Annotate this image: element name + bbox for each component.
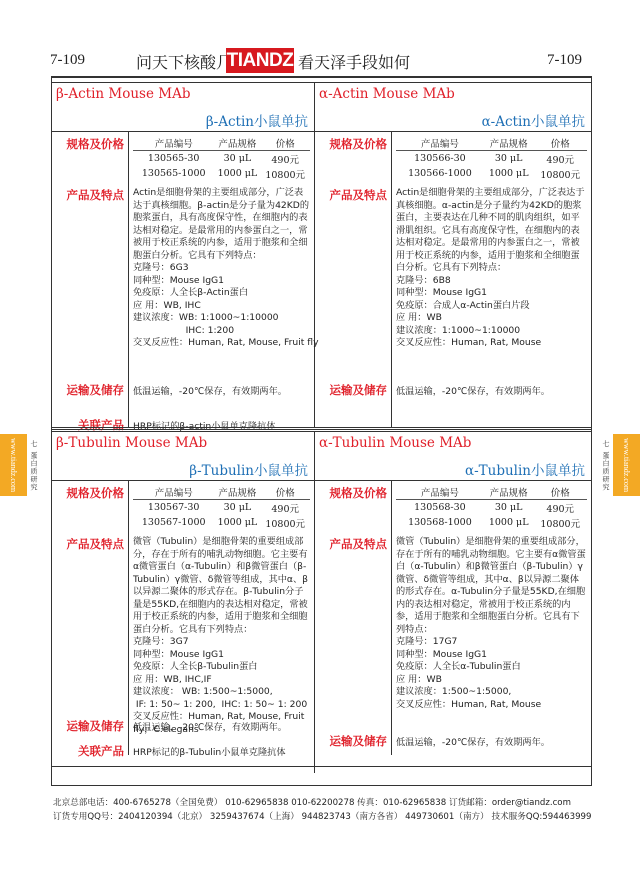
product-title-cn: β-Actin小鼠单抗: [206, 110, 308, 130]
product-size: 30 μL: [214, 502, 260, 513]
spec-table: 产品编号 产品规格 价格 130565-30 30 μL 490元 130565…: [133, 135, 310, 181]
prop-dilution: 建议浓度：1:1000~1:10000: [396, 325, 587, 338]
storage-text: 低温运输，-20℃保存，有效期两年。: [133, 719, 287, 733]
product-title-en: β-Actin Mouse MAb: [56, 86, 190, 102]
side-url-tab-right: www.tiandz.com: [613, 434, 640, 496]
footer-qq-line: 订货专用QQ号：2404120394（北京） 3259437674（上海） 94…: [53, 810, 591, 824]
col-header-price: 价格: [260, 136, 310, 150]
product-card-beta-tubulin: β-Tubulin Mouse MAb β-Tubulin小鼠单抗 规格及价格 …: [52, 431, 315, 773]
col-header-code: 产品编号: [133, 485, 214, 499]
storage-text: 低温运输，-20℃保存，有效期两年。: [133, 383, 287, 397]
label-spec: 规格及价格: [330, 485, 388, 501]
prop-reactivity: 交叉反应性：Human, Rat, Mouse: [396, 337, 587, 350]
product-title-en: β-Tubulin Mouse MAb: [56, 435, 207, 451]
prop-clone: 克隆号：6G3: [133, 262, 310, 275]
prop-application: 应 用：WB, IHC,IF: [133, 674, 310, 687]
product-title-cn: β-Tubulin小鼠单抗: [189, 459, 308, 479]
product-price: 10800元: [534, 516, 587, 530]
storage-text: 低温运输，-20℃保存，有效期两年。: [396, 734, 550, 748]
product-price: 490元: [534, 152, 587, 166]
col-header-size: 产品规格: [484, 485, 534, 499]
contact-footer: 北京总部电话：400-6765278（全国免费） 010-62965838 01…: [53, 796, 591, 824]
product-price: 490元: [534, 501, 587, 515]
content-column: 产品编号 产品规格 价格 130565-30 30 μL 490元 130565…: [133, 132, 310, 427]
spec-table-row: 130566-30 30 μL 490元: [396, 151, 587, 166]
content-column: 产品编号 产品规格 价格 130567-30 30 μL 490元 130567…: [133, 481, 310, 773]
spec-table: 产品编号 产品规格 价格 130567-30 30 μL 490元 130567…: [133, 484, 310, 530]
product-size: 1000 μL: [484, 168, 534, 179]
product-size: 1000 μL: [484, 517, 534, 528]
prop-isotype: 同种型：Mouse IgG1: [396, 287, 587, 300]
col-header-code: 产品编号: [396, 136, 484, 150]
label-storage: 运输及储存: [67, 718, 125, 734]
label-related: 关联产品: [78, 743, 124, 759]
feature-description: 微管（Tubulin）是细胞骨架的重要组成部分，存在于所有的哺乳动物细胞。它主要…: [396, 536, 587, 636]
product-features: Actin是细胞骨架的主要组成部分，广泛表达于真核细胞。α-actin是分子量约…: [396, 187, 587, 350]
label-storage: 运输及储存: [330, 733, 388, 749]
prop-isotype: 同种型：Mouse IgG1: [133, 649, 310, 662]
label-features: 产品及特点: [330, 536, 388, 552]
prop-isotype: 同种型：Mouse IgG1: [396, 649, 587, 662]
prop-dilution: 建议浓度：1:500~1:5000,: [396, 686, 587, 699]
prop-dilution: 建议浓度： WB: 1:500~1:5000,: [133, 686, 310, 699]
prop-dilution-ihc: IHC: 1:200: [133, 325, 310, 338]
prop-immunogen: 免疫原：人全长β-Tubulin蛋白: [133, 661, 310, 674]
product-size: 1000 μL: [214, 168, 260, 179]
product-code: 130566-30: [396, 153, 484, 164]
feature-description: Actin是细胞骨架的主要组成部分，广泛表达于真核细胞。α-actin是分子量约…: [396, 187, 587, 275]
col-header-price: 价格: [534, 485, 587, 499]
prop-clone: 克隆号：3G7: [133, 636, 310, 649]
label-column: 规格及价格 产品及特点 运输及储存 关联产品: [52, 481, 129, 755]
product-price: 10800元: [260, 516, 310, 530]
product-price: 10800元: [260, 167, 310, 181]
label-features: 产品及特点: [330, 187, 388, 203]
spec-table-row: 130568-30 30 μL 490元: [396, 500, 587, 515]
label-spec: 规格及价格: [67, 136, 125, 152]
product-price: 490元: [260, 501, 310, 515]
page-number-left: 7-109: [50, 52, 85, 69]
footer-phone-line: 北京总部电话：400-6765278（全国免费） 010-62965838 01…: [53, 796, 591, 810]
content-column: 产品编号 产品规格 价格 130566-30 30 μL 490元 130566…: [396, 132, 587, 427]
product-title-cn: α-Tubulin小鼠单抗: [465, 459, 585, 479]
prop-clone: 克隆号：6B8: [396, 275, 587, 288]
product-title-en: α-Actin Mouse MAb: [319, 86, 455, 102]
spec-table-row: 130565-30 30 μL 490元: [133, 151, 310, 166]
side-chapter-left: 七 蛋白质研究: [29, 440, 39, 491]
col-header-price: 价格: [260, 485, 310, 499]
side-chapter-right: 七 蛋白质研究: [601, 440, 611, 491]
product-code: 130568-1000: [396, 517, 484, 528]
product-features: Actin是细胞骨架的主要组成部分，广泛表达于真核细胞。β-actin是分子量为…: [133, 187, 310, 350]
prop-isotype: 同种型：Mouse IgG1: [133, 275, 310, 288]
spec-table-header: 产品编号 产品规格 价格: [396, 484, 587, 500]
prop-dilution: 建议浓度：WB: 1:1000~1:10000: [133, 312, 310, 325]
product-features: 微管（Tubulin）是细胞骨架的重要组成部分，存在于所有的哺乳动物细胞。它主要…: [396, 536, 587, 711]
product-size: 1000 μL: [214, 517, 260, 528]
product-title-cn: α-Actin小鼠单抗: [482, 110, 585, 130]
product-price: 10800元: [534, 167, 587, 181]
product-size: 30 μL: [484, 153, 534, 164]
product-code: 130567-30: [133, 502, 214, 513]
product-size: 30 μL: [484, 502, 534, 513]
prop-application: 应 用：WB: [396, 674, 587, 687]
row-divider: [52, 427, 591, 430]
col-header-price: 价格: [534, 136, 587, 150]
spec-table-header: 产品编号 产品规格 价格: [133, 135, 310, 151]
prop-immunogen: 免疫原：合成人α-Actin蛋白片段: [396, 300, 587, 313]
feature-description: 微管（Tubulin）是细胞骨架的重要组成部分，存在于所有的哺乳动物细胞。它主要…: [133, 536, 310, 636]
grid-bottom-strip: [52, 766, 591, 785]
product-code: 130568-30: [396, 502, 484, 513]
storage-text: 低温运输，-20℃保存，有效期两年。: [396, 383, 550, 397]
prop-immunogen: 免疫原：人全长α-Tubulin蛋白: [396, 661, 587, 674]
product-title-en: α-Tubulin Mouse MAb: [319, 435, 471, 451]
label-column: 规格及价格 产品及特点 运输及储存: [315, 132, 392, 427]
label-column: 规格及价格 产品及特点 运输及储存: [315, 481, 392, 755]
prop-dilution-if-ihc: IF: 1: 50~ 1: 200, IHC: 1: 50~ 1: 200: [133, 699, 310, 712]
spec-table-row: 130568-1000 1000 μL 10800元: [396, 515, 587, 530]
spec-table-row: 130566-1000 1000 μL 10800元: [396, 166, 587, 181]
tiandz-logo: TIANDZ: [226, 48, 294, 73]
label-spec: 规格及价格: [67, 485, 125, 501]
product-grid-inner: β-Actin Mouse MAb β-Actin小鼠单抗 规格及价格 产品及特…: [52, 82, 591, 785]
product-card-alpha-actin: α-Actin Mouse MAb α-Actin小鼠单抗 规格及价格 产品及特…: [315, 83, 591, 427]
product-card-alpha-tubulin: α-Tubulin Mouse MAb α-Tubulin小鼠单抗 规格及价格 …: [315, 431, 591, 773]
spec-table-row: 130565-1000 1000 μL 10800元: [133, 166, 310, 181]
prop-clone: 克隆号：17G7: [396, 636, 587, 649]
label-spec: 规格及价格: [330, 136, 388, 152]
product-code: 130565-30: [133, 153, 214, 164]
feature-description: Actin是细胞骨架的主要组成部分，广泛表达于真核细胞。β-actin是分子量为…: [133, 187, 310, 262]
col-header-size: 产品规格: [214, 485, 260, 499]
prop-reactivity: 交叉反应性：Human, Rat, Mouse: [396, 699, 587, 712]
prop-application: 应 用：WB: [396, 312, 587, 325]
spec-table-row: 130567-1000 1000 μL 10800元: [133, 515, 310, 530]
spec-table: 产品编号 产品规格 价格 130566-30 30 μL 490元 130566…: [396, 135, 587, 181]
prop-application: 应 用：WB, IHC: [133, 300, 310, 313]
prop-reactivity: 交叉反应性：Human, Rat, Mouse, Fruit fly: [133, 337, 310, 350]
spec-table-header: 产品编号 产品规格 价格: [133, 484, 310, 500]
prop-immunogen: 免疫原：人全长β-Actin蛋白: [133, 287, 310, 300]
label-storage: 运输及储存: [330, 382, 388, 398]
content-column: 产品编号 产品规格 价格 130568-30 30 μL 490元 130568…: [396, 481, 587, 773]
col-header-size: 产品规格: [484, 136, 534, 150]
product-price: 490元: [260, 152, 310, 166]
label-column: 规格及价格 产品及特点 运输及储存 关联产品: [52, 132, 129, 427]
spec-table: 产品编号 产品规格 价格 130568-30 30 μL 490元 130568…: [396, 484, 587, 530]
spec-table-row: 130567-30 30 μL 490元: [133, 500, 310, 515]
slogan-right: 看天泽手段如何: [298, 50, 410, 73]
product-code: 130565-1000: [133, 168, 214, 179]
product-code: 130567-1000: [133, 517, 214, 528]
label-storage: 运输及储存: [67, 382, 125, 398]
product-grid: β-Actin Mouse MAb β-Actin小鼠单抗 规格及价格 产品及特…: [51, 76, 592, 786]
page-header: 7-109 问天下核酸几许 TIANDZ 看天泽手段如何 7-109: [0, 48, 640, 74]
product-features: 微管（Tubulin）是细胞骨架的重要组成部分，存在于所有的哺乳动物细胞。它主要…: [133, 536, 310, 736]
page-number-right: 7-109: [547, 52, 582, 69]
col-header-size: 产品规格: [214, 136, 260, 150]
label-features: 产品及特点: [67, 536, 125, 552]
product-size: 30 μL: [214, 153, 260, 164]
col-header-code: 产品编号: [396, 485, 484, 499]
label-features: 产品及特点: [67, 187, 125, 203]
col-header-code: 产品编号: [133, 136, 214, 150]
product-card-beta-actin: β-Actin Mouse MAb β-Actin小鼠单抗 规格及价格 产品及特…: [52, 83, 315, 427]
product-code: 130566-1000: [396, 168, 484, 179]
spec-table-header: 产品编号 产品规格 价格: [396, 135, 587, 151]
side-url-tab-left: www.tiandz.com: [0, 434, 27, 496]
related-product[interactable]: HRP标记的β-Tubulin小鼠单克隆抗体: [133, 744, 286, 758]
